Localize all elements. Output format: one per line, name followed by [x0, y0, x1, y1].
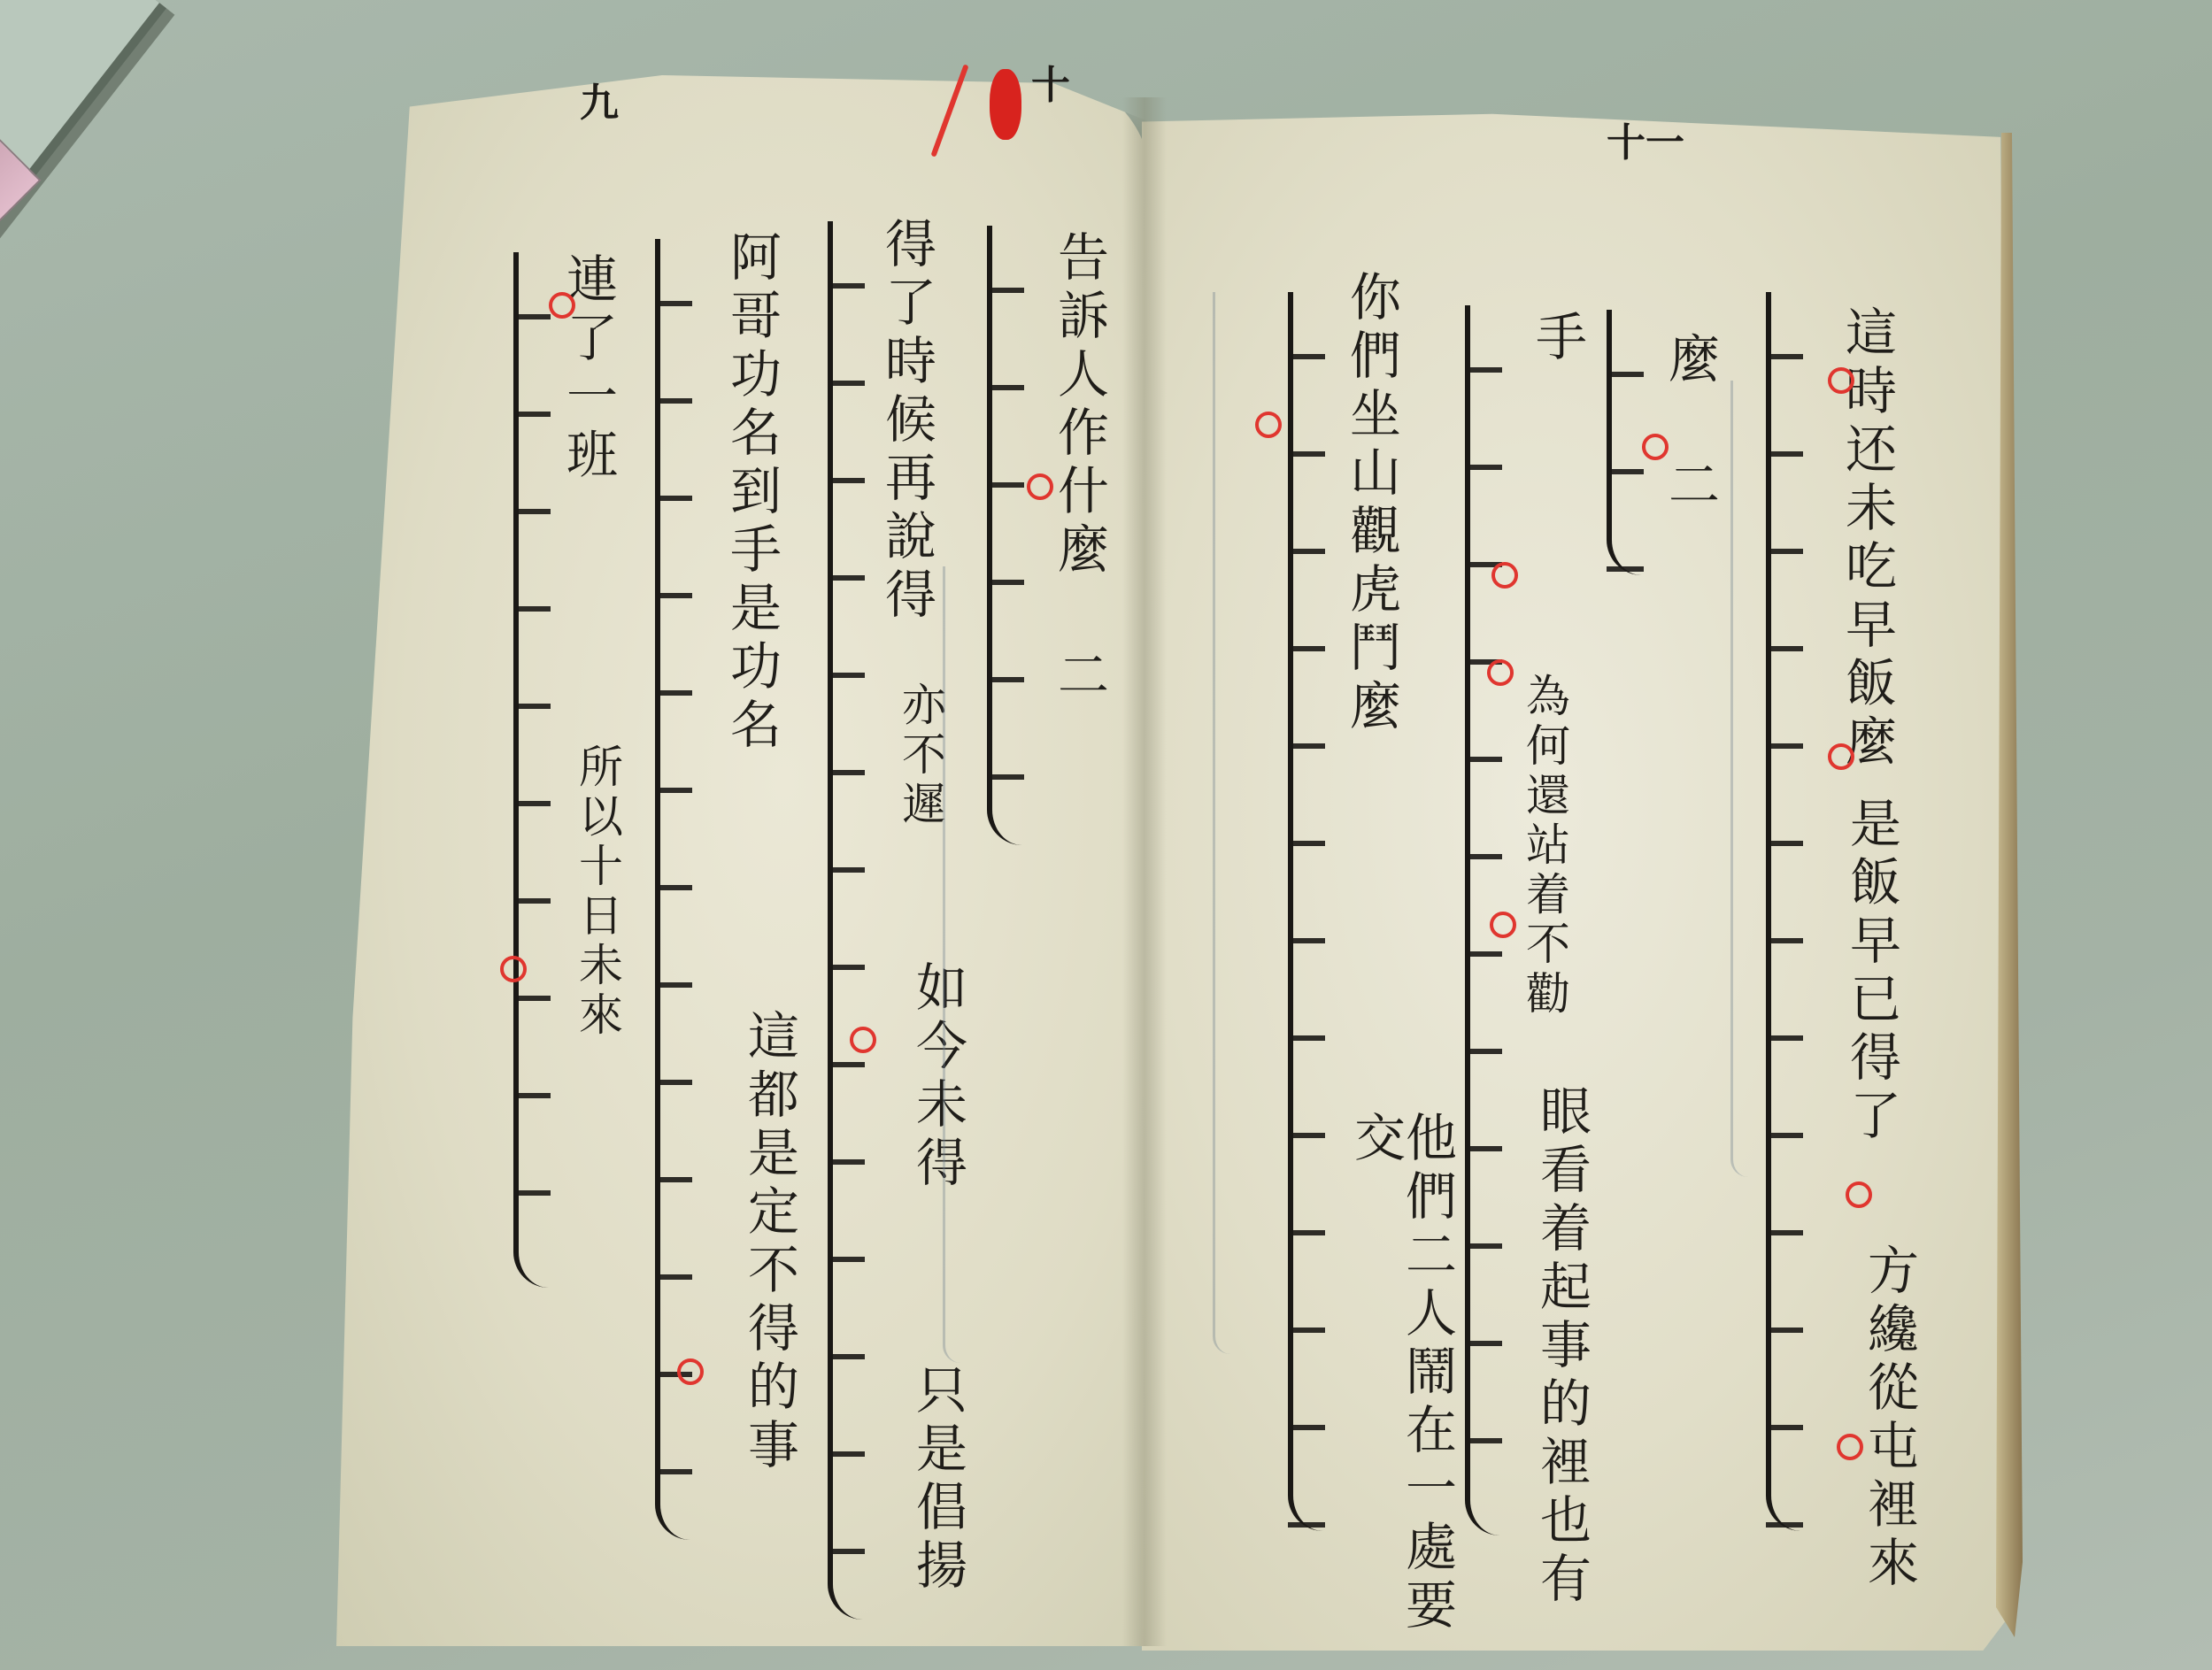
manchu-script-column	[1766, 292, 1833, 1531]
chinese-column: 所以十日未來	[575, 743, 620, 1041]
chinese-column: 這都是定不得的事	[744, 1009, 795, 1476]
red-circle-annotation	[1828, 743, 1854, 770]
red-circle-annotation	[1846, 1181, 1872, 1208]
red-circle-annotation	[1828, 367, 1854, 394]
chinese-column: 是飯早已得了	[1846, 797, 1897, 1147]
bleed-through-script	[1213, 292, 1251, 1354]
bleed-through-script	[1730, 381, 1769, 1177]
spine-gutter	[1122, 97, 1167, 1646]
red-circle-annotation	[549, 292, 575, 319]
red-circle-annotation	[1490, 912, 1516, 938]
red-circle-annotation	[1491, 562, 1518, 589]
manchu-script-column	[513, 252, 581, 1288]
red-circle-annotation	[1255, 412, 1282, 438]
chinese-column: 阿哥功名到手是功名	[726, 230, 777, 756]
chinese-column: 手	[1531, 310, 1583, 368]
bleed-through-script	[943, 566, 981, 1363]
red-circle-annotation	[1487, 659, 1514, 686]
left-top-right-number: 十	[1031, 53, 1070, 110]
red-circle-annotation	[850, 1027, 876, 1053]
manchu-script-column	[655, 239, 722, 1540]
chinese-column: 眼看着起事的裡也有	[1536, 1084, 1587, 1610]
red-circle-annotation	[677, 1358, 704, 1385]
chinese-column: 方纔從屯裡來	[1863, 1243, 1915, 1594]
left-folio-number: 九	[580, 71, 619, 127]
right-folio-number: 十一	[1607, 111, 1684, 167]
chinese-column: 告訴人作什麼 二	[1053, 230, 1105, 706]
red-circle-annotation	[1837, 1434, 1863, 1460]
chinese-column: 他們二人鬧在一處要交	[1350, 1111, 1453, 1670]
manchu-script-column	[828, 221, 895, 1620]
red-seal-mark	[990, 69, 1021, 140]
chinese-column: 亦不遲	[898, 681, 943, 830]
manchu-script-column	[987, 226, 1054, 845]
red-circle-annotation	[1027, 473, 1053, 500]
chinese-column: 只是倡揚	[912, 1363, 963, 1597]
open-manuscript: 九 十 十一 告訴人作什麼 二 得了時候再說得 亦不遲 如今未得 只是倡揚 阿哥…	[0, 0, 2212, 1670]
red-circle-annotation	[500, 956, 527, 982]
red-circle-annotation	[1642, 434, 1669, 460]
manchu-script-column	[1288, 292, 1355, 1531]
